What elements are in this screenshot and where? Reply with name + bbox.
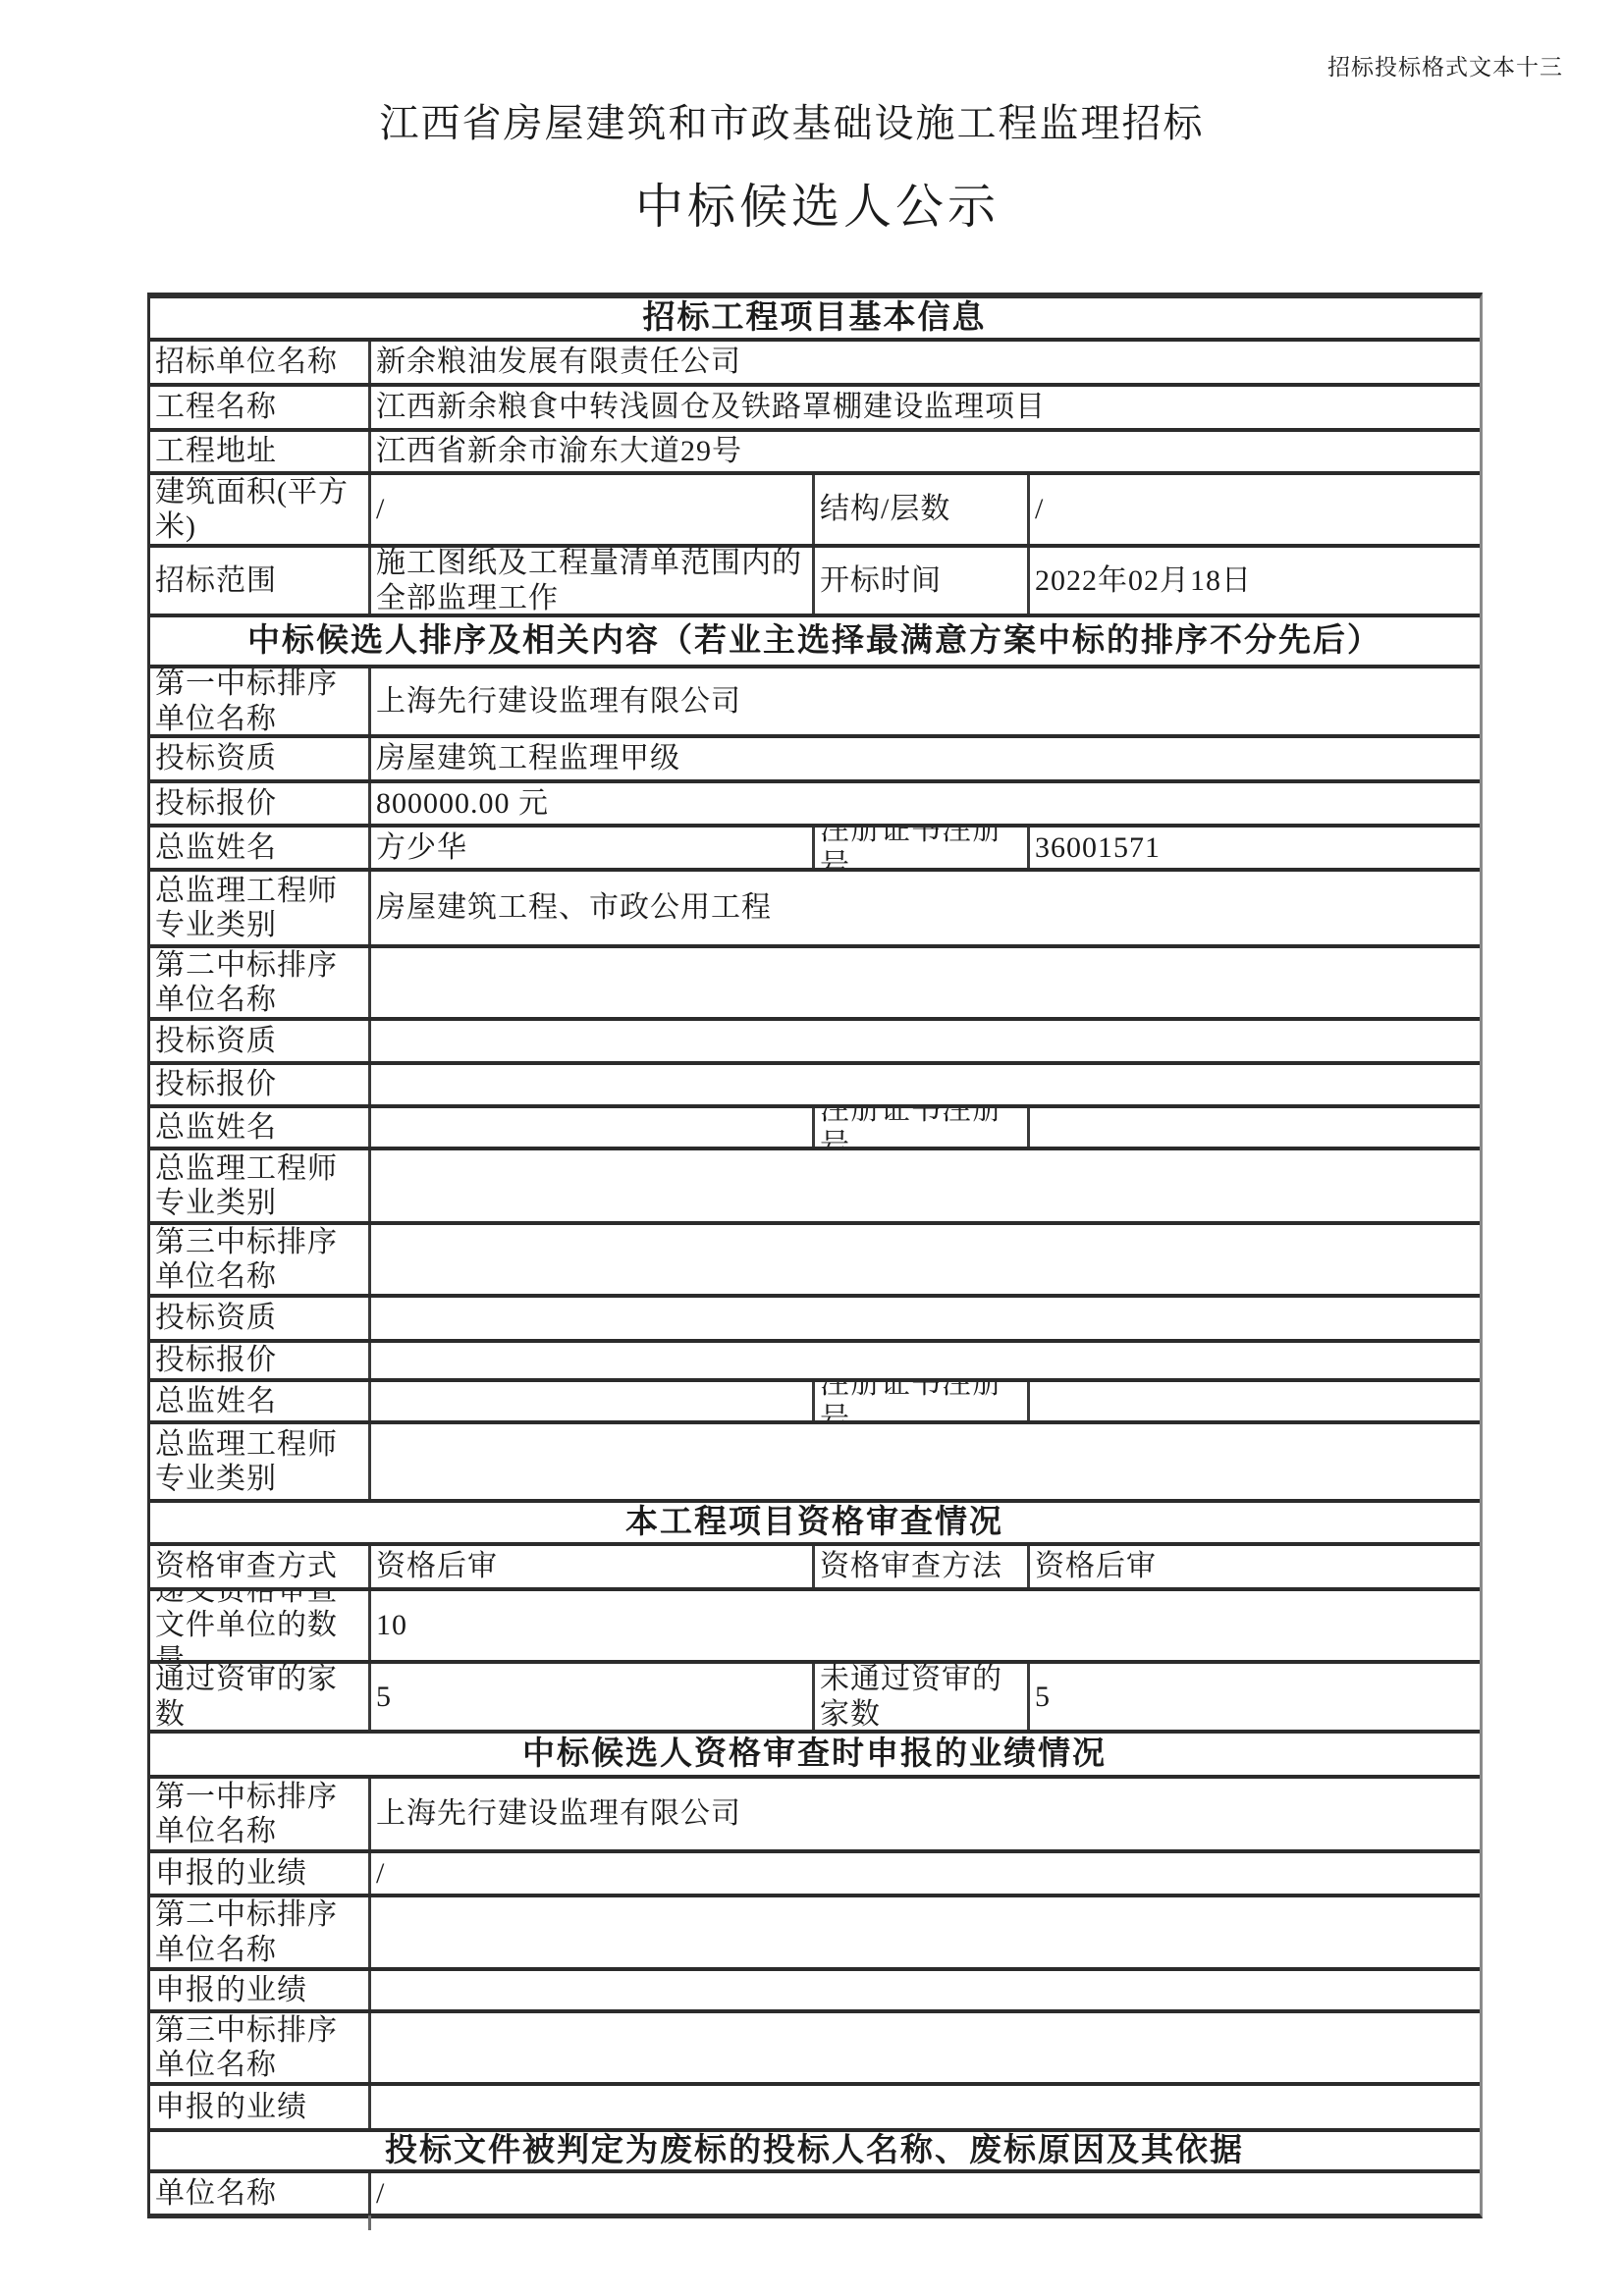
field-label: 投标资质: [150, 1298, 368, 1339]
row-bid-price-1: 投标报价 800000.00 元: [150, 779, 1480, 824]
field-value: /: [368, 2173, 1480, 2214]
field-label: 注册证书注册号: [812, 1382, 1027, 1420]
field-label: 投标报价: [150, 783, 368, 824]
row-declared-performance-3: 申报的业绩: [150, 2082, 1480, 2128]
field-value: [368, 1971, 1480, 2009]
section-header-rejected-bids: 投标文件被判定为废标的投标人名称、废标原因及其依据: [150, 2128, 1480, 2169]
row-perf-second-candidate: 第二中标排序单位名称: [150, 1894, 1480, 1967]
document-subtitle: 中标候选人公示: [0, 169, 1623, 238]
field-value: 江西新余粮食中转浅圆仓及铁路罩棚建设监理项目: [368, 387, 1480, 428]
section-title: 中标候选人资格审查时申报的业绩情况: [150, 1734, 1480, 1775]
field-value: 10: [368, 1591, 1480, 1660]
field-value: [368, 1343, 1480, 1378]
row-supervisor-specialty-1: 总监理工程师专业类别 房屋建筑工程、市政公用工程: [150, 868, 1480, 944]
field-value: [368, 1108, 812, 1147]
field-value: /: [1027, 475, 1480, 544]
document-format-note: 招标投标格式文本十三: [1327, 49, 1563, 81]
field-label: 建筑面积(平方米): [150, 475, 368, 544]
field-label: 递交资格审查文件单位的数量: [150, 1591, 368, 1660]
field-label: 通过资审的家数: [150, 1664, 368, 1730]
field-label: 总监理工程师专业类别: [150, 1424, 368, 1499]
row-supervisor-specialty-2: 总监理工程师专业类别: [150, 1147, 1480, 1221]
field-label: 第二中标排序单位名称: [150, 948, 368, 1017]
field-value: [368, 1021, 1480, 1061]
field-label: 资格审查方式: [150, 1546, 368, 1587]
row-bid-qualification-1: 投标资质 房屋建筑工程监理甲级: [150, 734, 1480, 779]
row-perf-first-candidate: 第一中标排序单位名称 上海先行建设监理有限公司: [150, 1775, 1480, 1849]
section-title: 中标候选人排序及相关内容（若业主选择最满意方案中标的排序不分先后）: [150, 617, 1480, 665]
field-value: [368, 1424, 1480, 1499]
field-label: 第三中标排序单位名称: [150, 1225, 368, 1294]
row-project-name: 工程名称 江西新余粮食中转浅圆仓及铁路罩棚建设监理项目: [150, 383, 1480, 428]
row-chief-supervisor-2: 总监姓名 注册证书注册号: [150, 1104, 1480, 1147]
row-chief-supervisor-1: 总监姓名 方少华 注册证书注册号 36001571: [150, 824, 1480, 868]
field-value: 资格后审: [1027, 1546, 1480, 1587]
field-value: [368, 1065, 1480, 1104]
field-value: 新余粮油发展有限责任公司: [368, 342, 1480, 383]
row-bid-qualification-3: 投标资质: [150, 1294, 1480, 1339]
field-value: 5: [368, 1664, 812, 1730]
field-label: 总监姓名: [150, 1382, 368, 1420]
field-label: 未通过资审的家数: [812, 1664, 1027, 1730]
section-title: 招标工程项目基本信息: [150, 298, 1480, 338]
field-value: 36001571: [1027, 828, 1480, 868]
field-label: 结构/层数: [812, 475, 1027, 544]
field-label: 申报的业绩: [150, 1853, 368, 1894]
row-review-mode-method: 资格审查方式 资格后审 资格审查方法 资格后审: [150, 1542, 1480, 1587]
field-value: [368, 1225, 1480, 1294]
row-declared-performance-2: 申报的业绩: [150, 1967, 1480, 2009]
field-value: /: [368, 475, 812, 544]
row-second-candidate-name: 第二中标排序单位名称: [150, 944, 1480, 1017]
section-header-qualification-review: 本工程项目资格审查情况: [150, 1499, 1480, 1542]
field-label: 投标资质: [150, 1021, 368, 1061]
field-value: 方少华: [368, 828, 812, 868]
field-label: 单位名称: [150, 2173, 368, 2214]
field-label: 注册证书注册号: [812, 1108, 1027, 1147]
row-rejected-unit-name: 单位名称 /: [150, 2169, 1480, 2214]
field-label: 投标报价: [150, 1343, 368, 1378]
field-value: 房屋建筑工程、市政公用工程: [368, 872, 1480, 944]
field-value: [368, 1150, 1480, 1221]
section-title: 投标文件被判定为废标的投标人名称、废标原因及其依据: [150, 2132, 1480, 2169]
field-value: [368, 1897, 1480, 1967]
row-bid-qualification-2: 投标资质: [150, 1017, 1480, 1061]
row-project-address: 工程地址 江西省新余市渝东大道29号: [150, 428, 1480, 471]
field-label: 总监理工程师专业类别: [150, 1150, 368, 1221]
field-label: 第一中标排序单位名称: [150, 668, 368, 734]
field-label: 总监姓名: [150, 1108, 368, 1147]
field-value: [1027, 1382, 1480, 1420]
field-label: 投标资质: [150, 738, 368, 779]
document-title: 江西省房屋建筑和市政基础设施工程监理招标: [0, 92, 1584, 148]
row-tender-scope-open-date: 招标范围 施工图纸及工程量清单范围内的全部监理工作 开标时间 2022年02月1…: [150, 544, 1480, 614]
bid-announcement-table: 招标工程项目基本信息 招标单位名称 新余粮油发展有限责任公司 工程名称 江西新余…: [147, 293, 1483, 2218]
field-value: 资格后审: [368, 1546, 812, 1587]
field-value: 江西省新余市渝东大道29号: [368, 432, 1480, 471]
field-label: 申报的业绩: [150, 2086, 368, 2128]
field-label: 总监姓名: [150, 828, 368, 868]
row-chief-supervisor-3: 总监姓名 注册证书注册号: [150, 1378, 1480, 1420]
field-label: 申报的业绩: [150, 1971, 368, 2009]
field-value: 施工图纸及工程量清单范围内的全部监理工作: [368, 548, 812, 614]
field-label: 工程名称: [150, 387, 368, 428]
field-label: 招标范围: [150, 548, 368, 614]
section-header-project-info: 招标工程项目基本信息: [150, 298, 1480, 338]
field-label: 第二中标排序单位名称: [150, 1897, 368, 1967]
field-value: [368, 2013, 1480, 2082]
field-value: /: [368, 1853, 1480, 1894]
section-header-declared-performance: 中标候选人资格审查时申报的业绩情况: [150, 1730, 1480, 1775]
field-value: 5: [1027, 1664, 1480, 1730]
field-label: 注册证书注册号: [812, 828, 1027, 868]
field-label: 工程地址: [150, 432, 368, 471]
field-value: [368, 948, 1480, 1017]
field-label: 资格审查方法: [812, 1546, 1027, 1587]
field-value: 800000.00 元: [368, 783, 1480, 824]
row-perf-third-candidate: 第三中标排序单位名称: [150, 2009, 1480, 2082]
section-title: 本工程项目资格审查情况: [150, 1503, 1480, 1542]
row-first-candidate-name: 第一中标排序单位名称 上海先行建设监理有限公司: [150, 665, 1480, 734]
field-label: 第一中标排序单位名称: [150, 1779, 368, 1849]
row-supervisor-specialty-3: 总监理工程师专业类别: [150, 1420, 1480, 1499]
row-third-candidate-name: 第三中标排序单位名称: [150, 1221, 1480, 1294]
row-building-area-structure: 建筑面积(平方米) / 结构/层数 /: [150, 471, 1480, 544]
field-label: 总监理工程师专业类别: [150, 872, 368, 944]
field-label: 投标报价: [150, 1065, 368, 1104]
row-tender-unit-name: 招标单位名称 新余粮油发展有限责任公司: [150, 338, 1480, 383]
field-label: 招标单位名称: [150, 342, 368, 383]
field-value: [368, 1382, 812, 1420]
row-passed-failed-count: 通过资审的家数 5 未通过资审的家数 5: [150, 1660, 1480, 1730]
field-value: [1027, 1108, 1480, 1147]
field-label: 第三中标排序单位名称: [150, 2013, 368, 2082]
row-bid-price-2: 投标报价: [150, 1061, 1480, 1104]
cutoff-next-row-border: [368, 2216, 371, 2230]
field-value: 2022年02月18日: [1027, 548, 1480, 614]
field-value: [368, 2086, 1480, 2128]
field-value: 上海先行建设监理有限公司: [368, 668, 1480, 734]
field-label: 开标时间: [812, 548, 1027, 614]
section-header-candidate-ranking: 中标候选人排序及相关内容（若业主选择最满意方案中标的排序不分先后）: [150, 614, 1480, 665]
field-value: 上海先行建设监理有限公司: [368, 1779, 1480, 1849]
row-declared-performance-1: 申报的业绩 /: [150, 1849, 1480, 1894]
row-submitted-units-count: 递交资格审查文件单位的数量 10: [150, 1587, 1480, 1660]
field-value: 房屋建筑工程监理甲级: [368, 738, 1480, 779]
field-value: [368, 1298, 1480, 1339]
row-bid-price-3: 投标报价: [150, 1339, 1480, 1378]
